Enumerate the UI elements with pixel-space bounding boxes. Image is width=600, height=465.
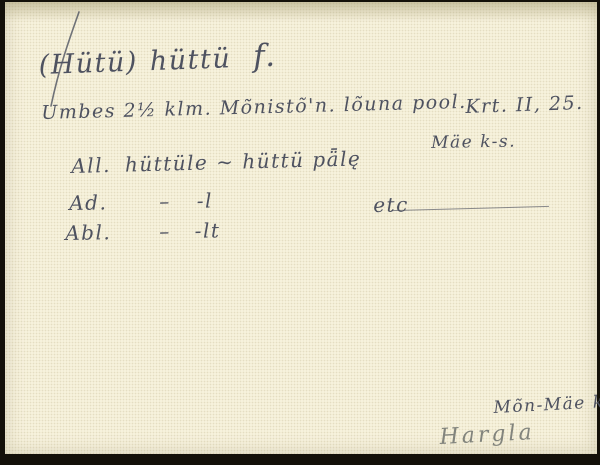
scanned-card-page: { "colors": { "edge_background": "#13100… xyxy=(0,0,600,465)
case-label: Ad. xyxy=(69,190,108,215)
form-line-allative: All.hüttüle ~ hüttü pǟlę xyxy=(71,146,362,178)
form-line-ablative: Abl.–-lt xyxy=(65,218,221,245)
case-label: Abl. xyxy=(65,220,111,245)
gender-label: f. xyxy=(252,38,276,75)
headword-variant: (Hütü) xyxy=(38,47,138,81)
form-text: -l xyxy=(197,188,214,212)
location-line: Umbes 2½ klm. Mõnistõ'n. lõuna pool. xyxy=(41,91,467,124)
case-label: All. xyxy=(71,153,111,178)
form-text: -lt xyxy=(194,218,220,242)
form-line-adessive: Ad.–-l xyxy=(69,188,213,215)
index-card: (Hütü)hüttüf. Umbes 2½ klm. Mõnistõ'n. l… xyxy=(5,2,597,454)
etc-note: etc xyxy=(373,192,409,217)
headword: hüttü xyxy=(149,43,231,77)
etc-underline-stroke xyxy=(391,206,549,211)
parish-signature: Hargla xyxy=(439,420,535,450)
ditto-dash: – xyxy=(159,219,171,243)
map-reference: Krt. II, 25. xyxy=(465,92,584,118)
village-note: Mäe k-s. xyxy=(431,132,516,153)
headword-line: (Hütü)hüttüf. xyxy=(38,38,277,82)
place-signature: Mõn-Mäe k. xyxy=(493,392,600,418)
form-text: hüttüle ~ hüttü pǟlę xyxy=(125,146,362,176)
ditto-dash: – xyxy=(159,189,171,213)
